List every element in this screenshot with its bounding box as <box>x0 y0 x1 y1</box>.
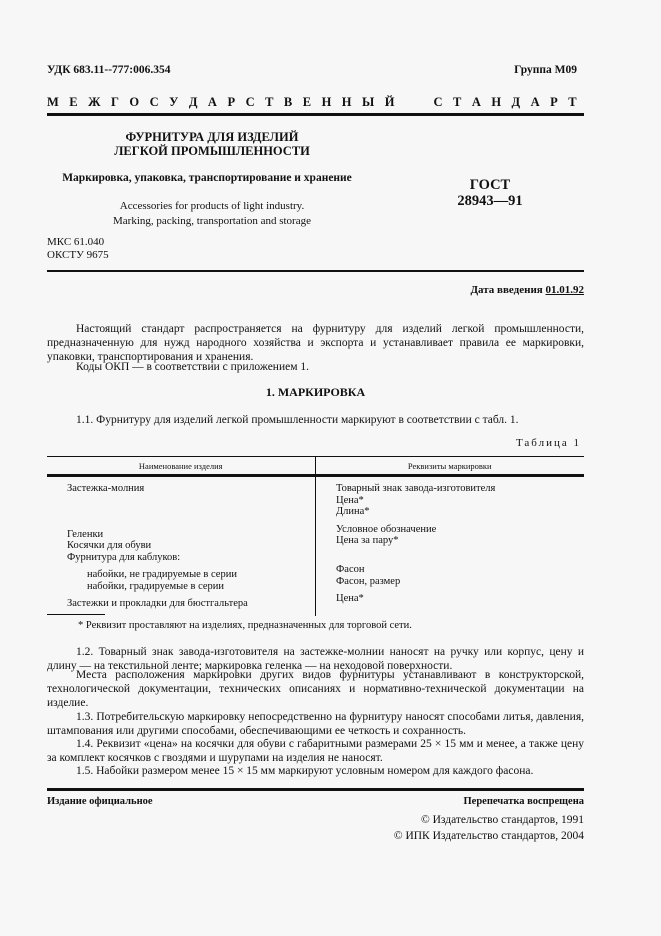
column-header-requisites: Реквизиты маркировки <box>315 457 585 474</box>
table-row-item: Геленки <box>67 529 315 541</box>
group-code: Группа М09 <box>514 64 577 76</box>
header-rule <box>47 113 584 116</box>
table-footnote: * Реквизит проставляют на изделиях, пред… <box>78 620 412 631</box>
paragraph-1-5: 1.5. Набойки размером менее 15 × 15 мм м… <box>47 764 584 778</box>
title-rule <box>47 270 584 272</box>
table-caption: Таблица 1 <box>516 437 581 449</box>
classification-codes: МКС 61.040 ОКСТУ 9675 <box>47 236 109 262</box>
table-cell-requisite: Условное обозначение <box>336 524 584 536</box>
document-subtitle: Маркировка, упаковка, транспортирование … <box>47 172 367 184</box>
official-edition-label: Издание официальное <box>47 796 153 807</box>
gost-number: ГОСТ 28943—91 <box>440 177 540 209</box>
footnote-rule <box>47 614 105 615</box>
document-title: ФУРНИТУРА ДЛЯ ИЗДЕЛИЙ ЛЕГКОЙ ПРОМЫШЛЕННО… <box>47 130 377 158</box>
section-heading-marking: 1. МАРКИРОВКА <box>47 385 584 400</box>
udk-code: УДК 683.11--777:006.354 <box>47 64 171 76</box>
paragraph-1-3: 1.3. Потребительскую маркировку непосред… <box>47 710 584 738</box>
table-body: Застежка-молния Геленки Косячки для обув… <box>47 477 584 616</box>
table-header: Наименование изделия Реквизиты маркировк… <box>47 456 584 477</box>
effective-date: Дата введения 01.01.92 <box>470 284 584 296</box>
paragraph-1-1: 1.1. Фурнитуру для изделий легкой промыш… <box>47 413 584 427</box>
table-row-item: Застежка-молния <box>67 483 315 495</box>
marking-table: Наименование изделия Реквизиты маркировк… <box>47 456 584 616</box>
interstate-standard-banner: М Е Ж Г О С У Д А Р С Т В Е Н Н Ы Й С Т … <box>47 95 577 110</box>
table-cell-requisite: Цена* <box>336 495 584 507</box>
reprint-prohibited-label: Перепечатка воспрещена <box>464 796 584 807</box>
table-cell-requisite: Фасон, размер <box>336 576 584 588</box>
copyright-block: © Издательство стандартов, 1991 © ИПК Из… <box>394 812 584 844</box>
paragraph-1-2-continued: Места расположения маркировки других вид… <box>47 668 584 710</box>
table-cell-requisite: Цена* <box>336 593 584 605</box>
column-header-item: Наименование изделия <box>47 457 315 474</box>
table-cell-requisite: Фасон <box>336 564 584 576</box>
table-cell-requisite: Товарный знак завода-изготовителя <box>336 483 584 495</box>
paragraph-1-4: 1.4. Реквизит «цена» на косячки для обув… <box>47 737 584 765</box>
table-row-item: набойки, не градируемые в серии <box>67 569 315 581</box>
table-row-item: Фурнитура для каблуков: <box>67 552 315 564</box>
intro-paragraph: Настоящий стандарт распространяется на ф… <box>47 322 584 364</box>
footer-rule <box>47 788 584 791</box>
okp-codes-paragraph: Коды ОКП — в соответствии с приложением … <box>47 360 584 374</box>
table-row-item: набойки, градируемые в серии <box>67 581 315 593</box>
english-title: Accessories for products of light indust… <box>47 199 377 229</box>
table-row-item: Застежки и прокладки для бюстгальтера <box>67 598 315 610</box>
table-cell-requisite: Длина* <box>336 506 584 518</box>
table-cell-requisite: Цена за пару* <box>336 535 584 547</box>
table-row-item: Косячки для обуви <box>67 540 315 552</box>
